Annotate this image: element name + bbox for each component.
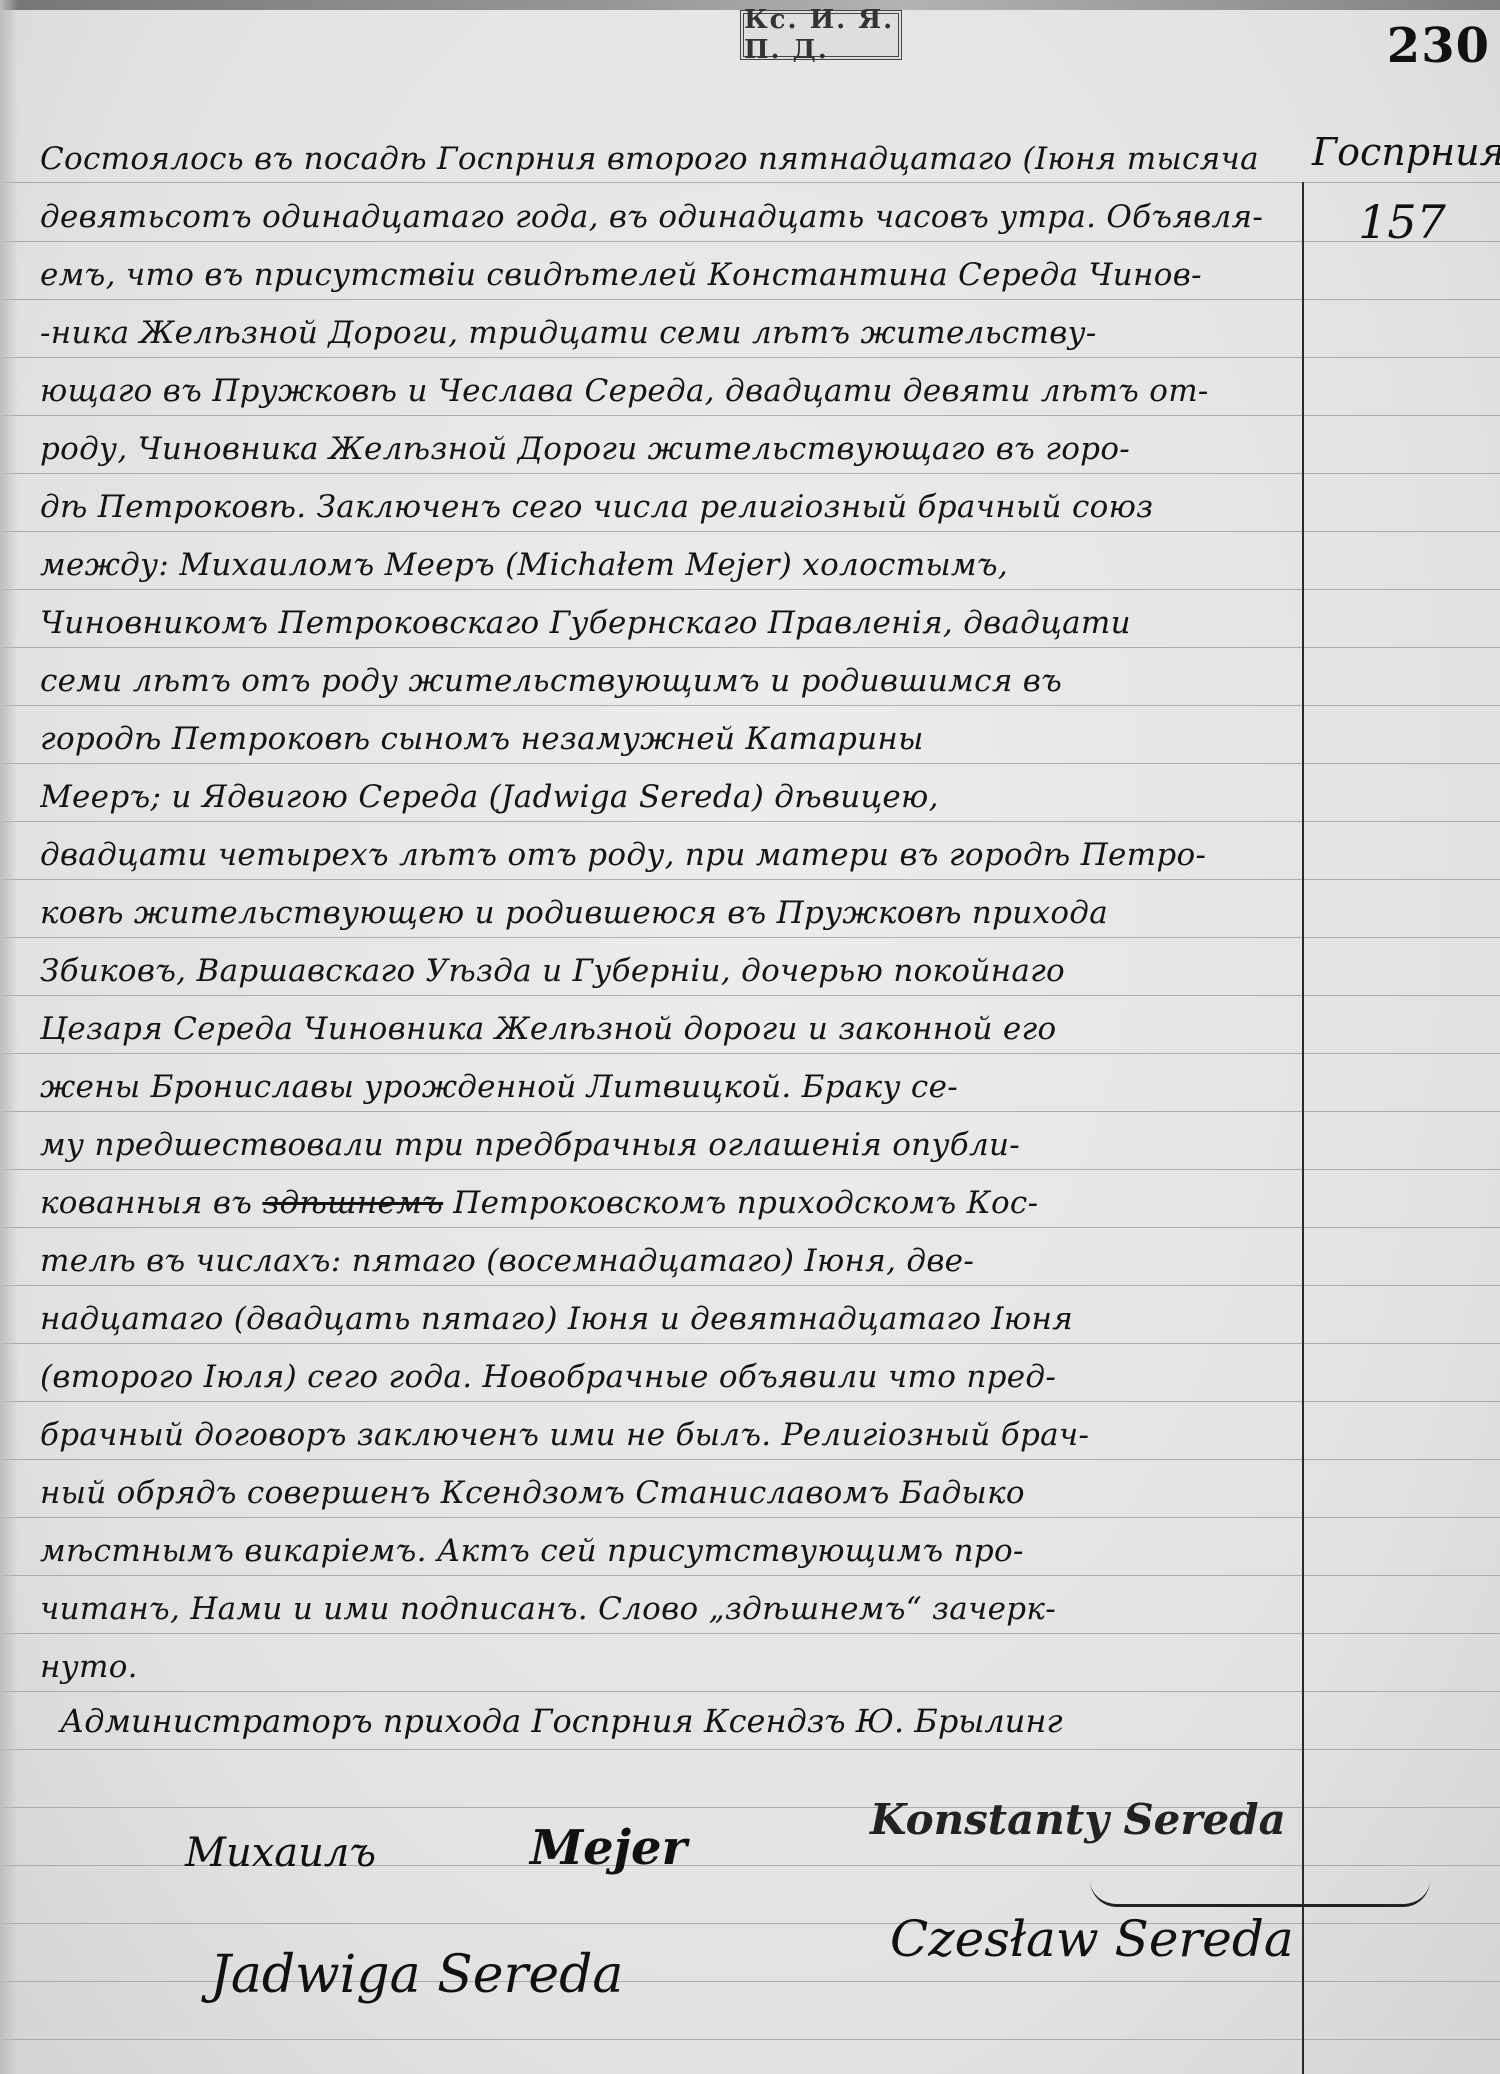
- record-line: -ника Желѣзной Дороги, тридцати семи лѣт…: [40, 304, 1302, 362]
- ruled-line: [0, 2039, 1500, 2040]
- margin-parish-name: Госпрния: [1312, 130, 1492, 174]
- record-line: (второго Іюля) сего года. Новобрачные об…: [40, 1348, 1302, 1406]
- witness-2-signature: Czesław Sereda: [890, 1910, 1294, 1968]
- bride-signature: Jadwiga Sereda: [210, 1945, 623, 2005]
- record-line: девятьсотъ одинадцатаго года, въ одинадц…: [40, 188, 1302, 246]
- record-line: Збиковъ, Варшавскаго Уѣзда и Губерніи, д…: [40, 942, 1302, 1000]
- register-page: Кс. И. Я. П. Д. 230 Госпрния 157 Состоял…: [0, 0, 1500, 2074]
- record-line: читанъ, Нами и ими подписанъ. Слово „здѣ…: [40, 1580, 1302, 1638]
- record-line: дѣ Петроковѣ. Заключенъ сего числа религ…: [40, 478, 1302, 536]
- record-line: Чиновникомъ Петроковскаго Губернскаго Пр…: [40, 594, 1302, 652]
- record-line: между: Михаиломъ Мееръ (Michałem Mejer) …: [40, 536, 1302, 594]
- record-line: Состоялось въ посадѣ Госпрния второго пя…: [40, 130, 1302, 188]
- archive-stamp: Кс. И. Я. П. Д.: [740, 10, 902, 60]
- record-line: ковѣ жительствующею и родившеюся въ Пруж…: [40, 884, 1302, 942]
- signature-flourish: [1090, 1880, 1430, 1907]
- record-line: семи лѣтъ отъ роду жительствующимъ и род…: [40, 652, 1302, 710]
- record-line: ющаго въ Пружковѣ и Чеслава Середа, двад…: [40, 362, 1302, 420]
- record-line-with-strikeout: кованныя въ здѣшнемъ Петроковскомъ прихо…: [40, 1174, 1302, 1232]
- administrator-signature: Администраторъ прихода Госпрния Ксендзъ …: [60, 1702, 1063, 1740]
- ruled-line: [0, 1749, 1500, 1750]
- record-line: Мееръ; и Ядвигою Середа (Jadwiga Sereda)…: [40, 768, 1302, 826]
- groom-signature-cyrillic: Михаилъ: [185, 1830, 376, 1876]
- record-line: надцатаго (двадцать пятаго) Іюня и девят…: [40, 1290, 1302, 1348]
- record-line: роду, Чиновника Желѣзной Дороги жительст…: [40, 420, 1302, 478]
- record-line: жены Брониславы урожденной Литвицкой. Бр…: [40, 1058, 1302, 1116]
- record-line: ный обрядъ совершенъ Ксендзомъ Станислав…: [40, 1464, 1302, 1522]
- margin-act-number: 157: [1312, 195, 1492, 249]
- record-line: городѣ Петроковѣ сыномъ незамужней Катар…: [40, 710, 1302, 768]
- record-line: мѣстнымъ викаріемъ. Актъ сей присутствую…: [40, 1522, 1302, 1580]
- record-line: му предшествовали три предбрачныя оглаше…: [40, 1116, 1302, 1174]
- record-line: двадцати четырехъ лѣтъ отъ роду, при мат…: [40, 826, 1302, 884]
- groom-signature-latin: Mejer: [530, 1820, 687, 1876]
- record-line: емъ, что въ присутствіи свидѣтелей Конст…: [40, 246, 1302, 304]
- margin-rule: [1302, 182, 1304, 2074]
- record-line: брачный договоръ заключенъ ими не былъ. …: [40, 1406, 1302, 1464]
- record-line: Цезаря Середа Чиновника Желѣзной дороги …: [40, 1000, 1302, 1058]
- struck-word: здѣшнемъ: [262, 1185, 443, 1221]
- record-line: нуто.: [40, 1638, 1302, 1696]
- witness-1-signature: Konstanty Sereda: [870, 1795, 1286, 1844]
- page-number: 230: [1150, 18, 1490, 74]
- record-line: телѣ въ числахъ: пятаго (восемнадцатаго)…: [40, 1232, 1302, 1290]
